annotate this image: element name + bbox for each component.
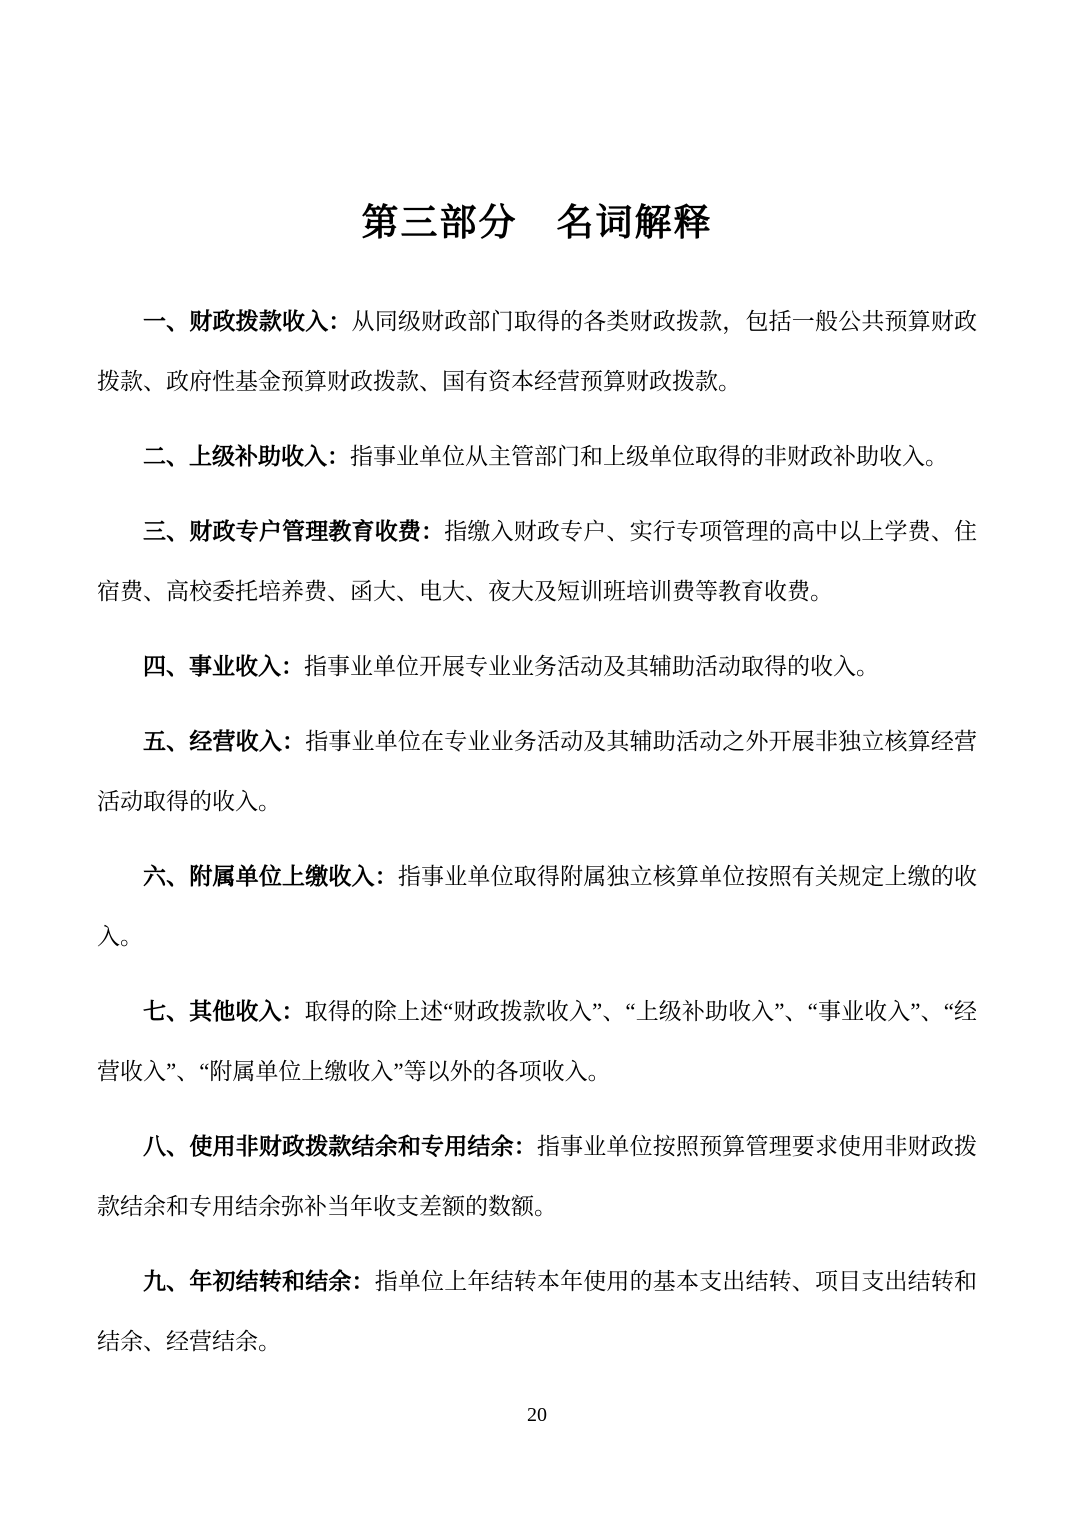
term-label: 三、财政专户管理教育收费： [143,519,444,544]
term-label: 二、上级补助收入： [143,444,350,469]
term-label: 五、经营收入： [143,729,305,754]
definition-paragraph-1: 一、财政拨款收入：从同级财政部门取得的各类财政拨款，包括一般公共预算财政拨款、政… [97,292,977,412]
definition-paragraph-3: 三、财政专户管理教育收费：指缴入财政专户、实行专项管理的高中以上学费、住宿费、高… [97,502,977,622]
definition-paragraph-8: 八、使用非财政拨款结余和专用结余：指事业单位按照预算管理要求使用非财政拨款结余和… [97,1117,977,1237]
definition-paragraph-6: 六、附属单位上缴收入：指事业单位取得附属独立核算单位按照有关规定上缴的收入。 [97,847,977,967]
term-label: 一、财政拨款收入： [143,309,352,334]
definition-paragraph-5: 五、经营收入：指事业单位在专业业务活动及其辅助活动之外开展非独立核算经营活动取得… [97,712,977,832]
page-title: 第三部分 名词解释 [97,0,977,246]
term-label: 六、附属单位上缴收入： [143,864,398,889]
term-definition: 指事业单位从主管部门和上级单位取得的非财政补助收入。 [350,444,948,469]
term-label: 九、年初结转和结余： [143,1269,375,1294]
term-definition: 指事业单位开展专业业务活动及其辅助活动取得的收入。 [304,654,879,679]
term-label: 四、事业收入： [143,654,304,679]
page-number: 20 [0,1403,1074,1427]
definitions-section: 一、财政拨款收入：从同级财政部门取得的各类财政拨款，包括一般公共预算财政拨款、政… [97,292,977,1372]
definition-paragraph-4: 四、事业收入：指事业单位开展专业业务活动及其辅助活动取得的收入。 [97,637,977,697]
definition-paragraph-9: 九、年初结转和结余：指单位上年结转本年使用的基本支出结转、项目支出结转和结余、经… [97,1252,977,1372]
term-label: 八、使用非财政拨款结余和专用结余： [143,1134,537,1159]
definition-paragraph-7: 七、其他收入：取得的除上述“财政拨款收入”、“上级补助收入”、“事业收入”、“经… [97,982,977,1102]
document-page: 第三部分 名词解释 一、财政拨款收入：从同级财政部门取得的各类财政拨款，包括一般… [0,0,1074,1520]
definition-paragraph-2: 二、上级补助收入：指事业单位从主管部门和上级单位取得的非财政补助收入。 [97,427,977,487]
term-label: 七、其他收入： [143,999,305,1024]
